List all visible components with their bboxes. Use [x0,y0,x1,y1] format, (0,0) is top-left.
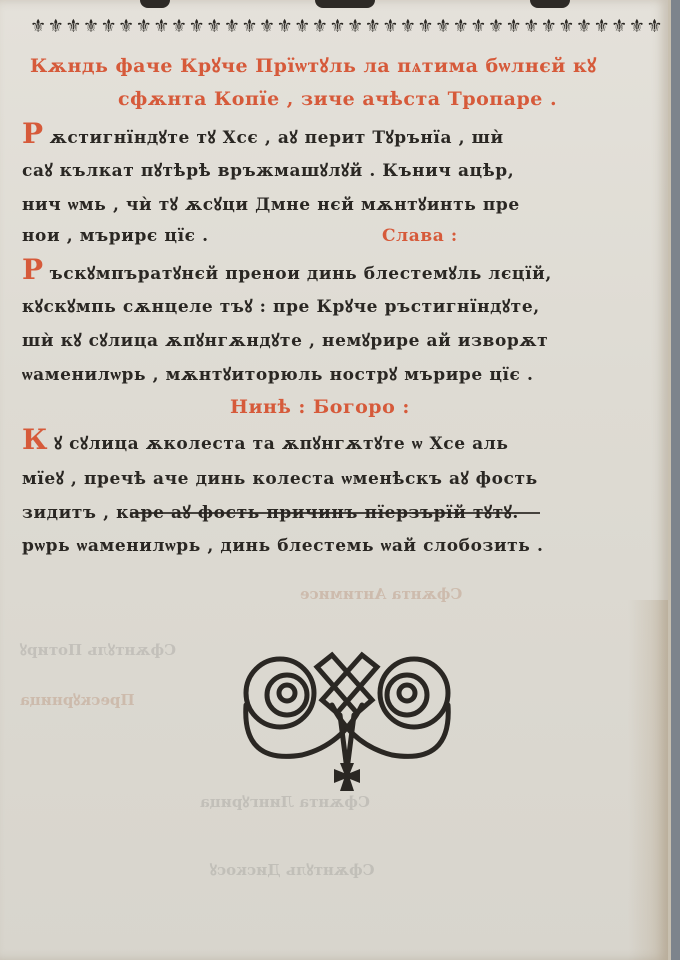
gloria-line-3: шѝ кꙋ сꙋлица ѫпꙋнгѫндꙋте , немꙋрире ай и… [22,328,548,351]
gloria-line-4: ѡаменилѡрь , мѫнтꙋиторюль нострꙋ мърире … [22,362,534,385]
fleuron-icon: ⚜ [629,14,644,40]
fleuron-icon: ⚜ [118,14,133,40]
rubric-line-2: сфѫнта Копїе , зиче ачѣста Тропаре . [118,88,557,110]
bleedthrough-text: Сфѫнтꙋль Потирꙋ [20,640,176,660]
fleuron-icon: ⚜ [558,14,573,40]
bleedthrough-text: Сфѫнта Лингꙋрица [200,792,370,812]
gloria-label: Слава : [382,226,458,246]
rubric-line-1: Кѫндь фаче Крꙋче Прїѡтꙋль ла пѧтима бѡлн… [30,52,597,78]
knotwork-ornament-icon [232,645,462,795]
fleuron-icon: ⚜ [100,14,115,40]
fleuron-icon: ⚜ [277,14,292,40]
drop-initial: Р [22,117,44,150]
nyne-line-2: мїеꙋ , пречѣ аче динь колеста ѡменѣскъ а… [22,466,538,489]
fleuron-icon: ⚜ [505,14,520,40]
fleuron-icon: ⚜ [611,14,626,40]
fleuron-icon: ⚜ [646,14,661,40]
fleuron-icon: ⚜ [241,14,256,40]
drop-initial: Р [22,253,44,286]
decorative-border: ⚜⚜⚜⚜⚜⚜⚜⚜⚜⚜⚜⚜⚜⚜⚜⚜⚜⚜⚜⚜⚜⚜⚜⚜⚜⚜⚜⚜⚜⚜⚜⚜⚜⚜⚜⚜ [30,14,662,40]
fleuron-icon: ⚜ [541,14,556,40]
fleuron-icon: ⚜ [224,14,239,40]
book-page: ⚜⚜⚜⚜⚜⚜⚜⚜⚜⚜⚜⚜⚜⚜⚜⚜⚜⚜⚜⚜⚜⚜⚜⚜⚜⚜⚜⚜⚜⚜⚜⚜⚜⚜⚜⚜ Кѫн… [0,0,671,960]
nyne-label: Нинѣ : Богоро : [230,396,410,418]
fleuron-icon: ⚜ [48,14,63,40]
gloria-line-1: Ръскꙋмпъратꙋнєй пренои динь блестемꙋль л… [22,260,552,284]
fleuron-icon: ⚜ [30,14,45,40]
troparion-line-3: нич ѡмь , чѝ тꙋ ѫсꙋци Дмне нєй мѫнтꙋинть… [22,192,520,215]
gloria-line-2: кꙋскꙋмпь сѫнцеле тъꙋ : пре Крꙋче ръстигн… [22,294,540,317]
fleuron-icon: ⚜ [453,14,468,40]
bleedthrough-text: Сфѫнта Антимисе [300,585,462,603]
fleuron-icon: ⚜ [347,14,362,40]
fleuron-icon: ⚜ [594,14,609,40]
fleuron-icon: ⚜ [400,14,415,40]
fleuron-icon: ⚜ [206,14,221,40]
fleuron-icon: ⚜ [329,14,344,40]
previous-ornament-fragment [0,0,668,12]
fleuron-icon: ⚜ [153,14,168,40]
fleuron-icon: ⚜ [312,14,327,40]
fleuron-icon: ⚜ [435,14,450,40]
fleuron-icon: ⚜ [65,14,80,40]
drop-initial: К [22,423,48,456]
fleuron-icon: ⚜ [188,14,203,40]
fleuron-icon: ⚜ [417,14,432,40]
troparion-line-1: Рѫстигнїндꙋте тꙋ Хсє , аꙋ перит Тꙋрънїа … [22,124,504,148]
fleuron-icon: ⚜ [365,14,380,40]
troparion-line-4: нои , мърирє цїє . Слава : [22,226,209,246]
fleuron-icon: ⚜ [576,14,591,40]
nyne-line-1: Кꙋ сꙋлица ѫколеста та ѫпꙋнгѫтꙋте ѡ Хсе а… [22,430,508,454]
fleuron-icon: ⚜ [382,14,397,40]
fleuron-icon: ⚜ [259,14,274,40]
fleuron-icon: ⚜ [470,14,485,40]
bleedthrough-text: Сфѫнтꙋль Дискосꙋ [210,860,375,880]
fleuron-icon: ⚜ [523,14,538,40]
fleuron-icon: ⚜ [294,14,309,40]
bleedthrough-text: Прескꙋрница [20,690,135,710]
fleuron-icon: ⚜ [136,14,151,40]
fleuron-icon: ⚜ [488,14,503,40]
ink-strike-line [130,512,540,514]
nyne-line-4: рѡрь ѡаменилѡрь , динь блестемь ѡай слоб… [22,536,543,556]
fleuron-icon: ⚜ [171,14,186,40]
fleuron-icon: ⚜ [83,14,98,40]
troparion-line-2: саꙋ кълкат пꙋтѣрѣ връжмашꙋлꙋй . Кънич ац… [22,158,514,181]
